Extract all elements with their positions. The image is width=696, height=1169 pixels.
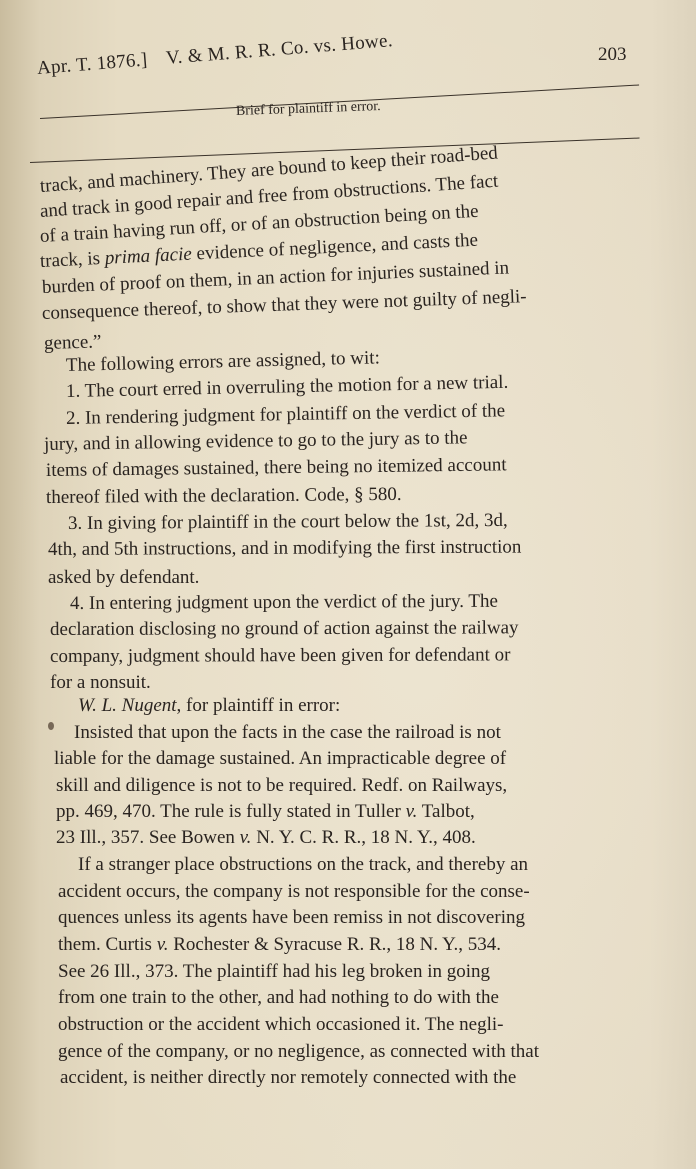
text-line: obstruction or the accident which occasi… xyxy=(58,1013,503,1037)
text-line: gence of the company, or no negligence, … xyxy=(58,1040,539,1064)
sub-heading: Brief for plaintiff in error. xyxy=(236,99,381,120)
text-line: company, judgment should have been given… xyxy=(50,643,511,669)
text-line: 4th, and 5th instructions, and in modify… xyxy=(48,536,521,562)
text-line: from one train to the other, and had not… xyxy=(58,986,499,1010)
text-line: gence.” xyxy=(44,330,102,356)
text-line: jury, and in allowing evidence to go to … xyxy=(44,426,468,457)
text-line: accident occurs, the company is not resp… xyxy=(58,880,530,904)
counsel-line: W. L. Nugent, for plaintiff in error: xyxy=(78,694,340,718)
page-header: Apr. T. 1876.] V. & M. R. R. Co. vs. How… xyxy=(0,0,696,140)
text-line: Insisted that upon the facts in the case… xyxy=(74,721,501,745)
counsel-name: W. L. Nugent xyxy=(78,695,177,716)
text-line: items of damages sustained, there being … xyxy=(46,453,507,483)
text-line: If a stranger place obstructions on the … xyxy=(78,853,528,877)
text-line: skill and diligence is not to be require… xyxy=(56,774,507,798)
text-line: pp. 469, 470. The rule is fully stated i… xyxy=(56,800,475,824)
term-label: Apr. T. 1876.] xyxy=(36,49,148,79)
text-line: quences unless its agents have been remi… xyxy=(58,906,525,930)
ink-smudge xyxy=(48,722,54,730)
text-line: declaration disclosing no ground of acti… xyxy=(50,616,519,642)
text-line: them. Curtis v. Rochester & Syracuse R. … xyxy=(58,933,501,957)
case-title: V. & M. R. R. Co. vs. Howe. xyxy=(165,30,393,69)
text-line: for a nonsuit. xyxy=(50,671,151,695)
page-number: 203 xyxy=(598,44,627,66)
text-line: thereof filed with the declaration. Code… xyxy=(46,483,402,510)
text-line: See 26 Ill., 373. The plaintiff had his … xyxy=(58,960,490,984)
text-line: liable for the damage sustained. An impr… xyxy=(54,747,506,771)
text-line: asked by defendant. xyxy=(48,566,199,590)
text-line: 23 Ill., 357. See Bowen v. N. Y. C. R. R… xyxy=(56,826,476,850)
text-line: The following errors are assigned, to wi… xyxy=(66,346,380,378)
text-line: 3. In giving for plaintiff in the court … xyxy=(68,509,508,536)
text-line: 4. In entering judgment upon the verdict… xyxy=(70,590,498,616)
text-line: accident, is neither directly nor remote… xyxy=(60,1066,516,1090)
running-head: Apr. T. 1876.] V. & M. R. R. Co. vs. How… xyxy=(36,30,393,80)
